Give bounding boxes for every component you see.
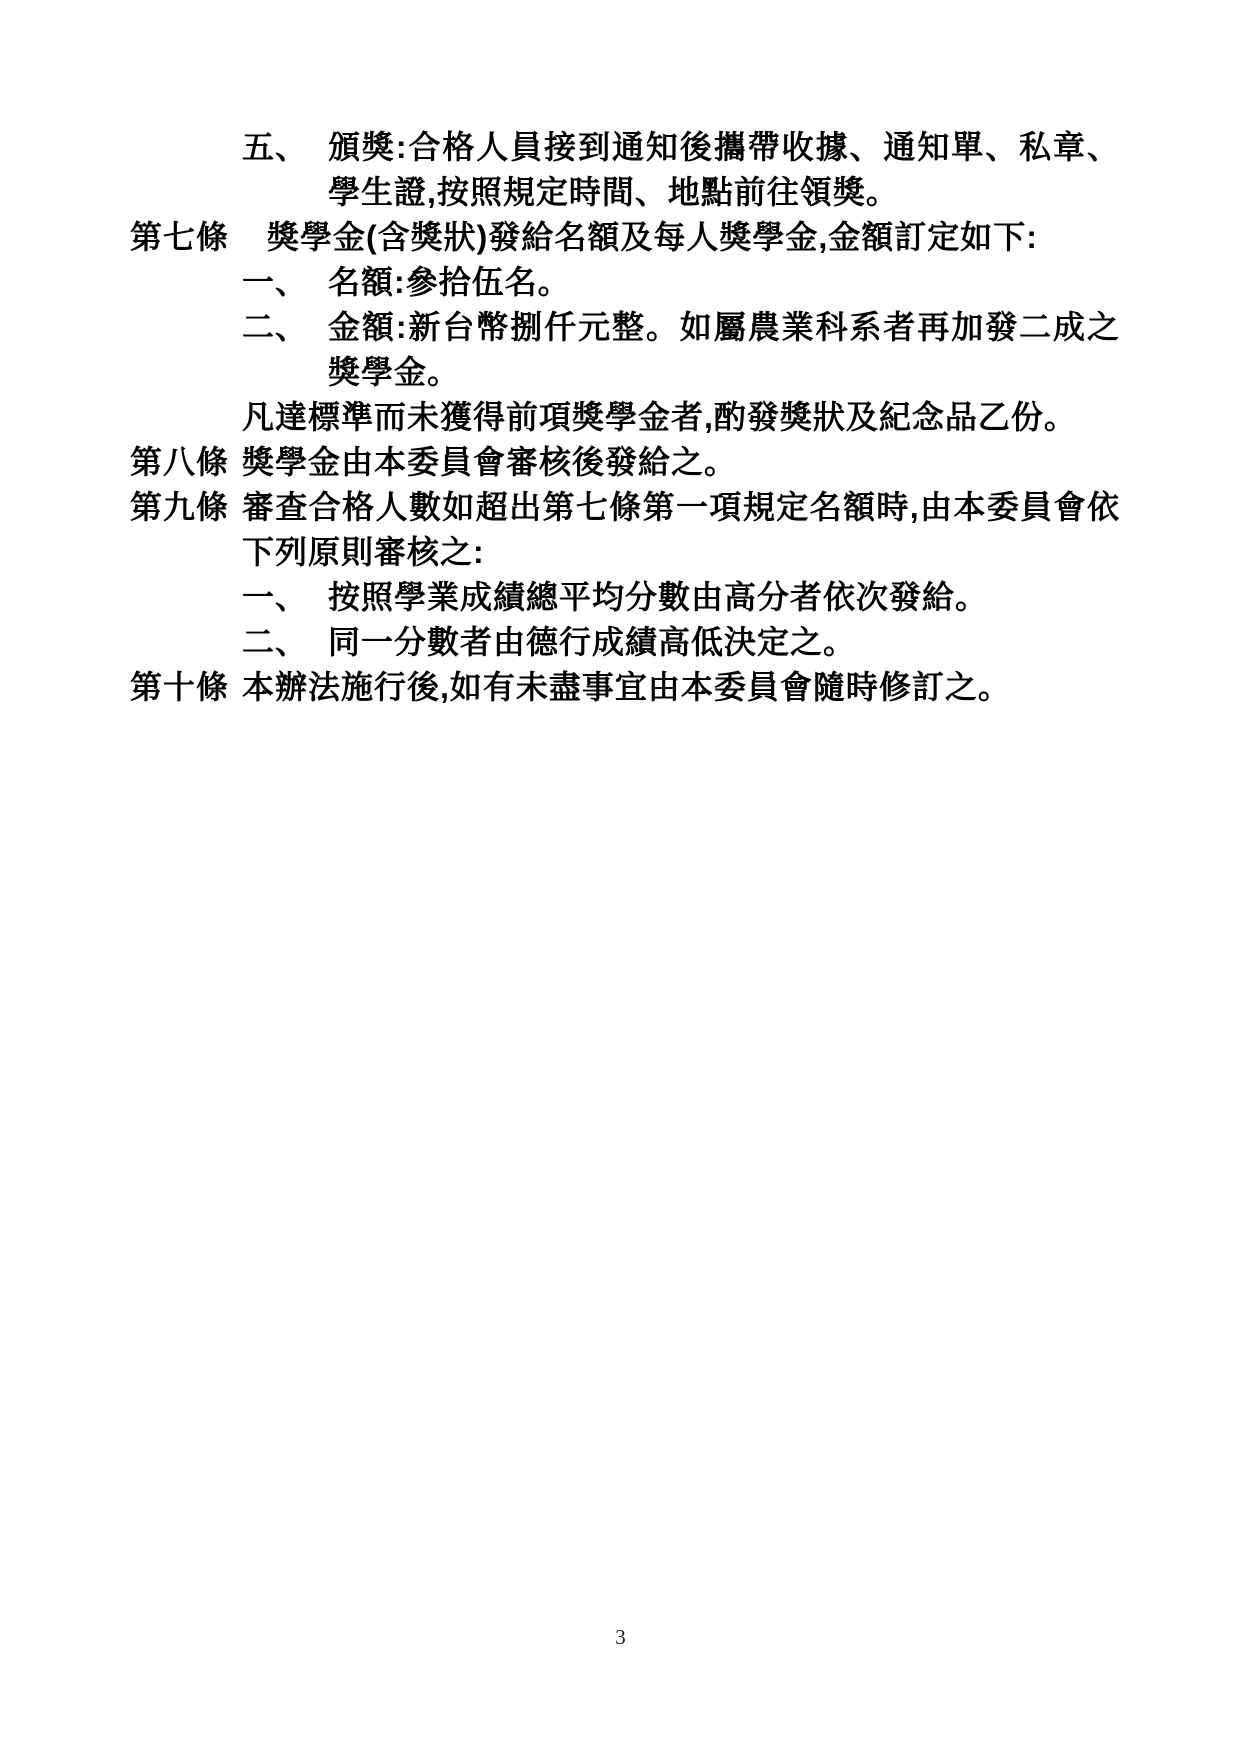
article-9-item-2-marker: 二、 bbox=[242, 620, 328, 665]
article-7-item-2: 二、 金額:新台幣捌仟元整。如屬農業科系者再加發二成之獎學金。 bbox=[242, 305, 1120, 395]
article-9-body: 審查合格人數如超出第七條第一項規定名額時,由本委員會依下列原則審核之: 一、 按… bbox=[242, 485, 1120, 665]
article-7: 第七條 獎學金(含獎狀)發給名額及每人獎學金,金額訂定如下: 一、 名額:參拾伍… bbox=[130, 215, 1120, 440]
article-7-note: 凡達標準而未獲得前項獎學金者,酌發獎狀及紀念品乙份。 bbox=[242, 395, 1120, 440]
article-9-item-2-text: 同一分數者由德行成績高低決定之。 bbox=[328, 620, 1120, 665]
article-10-body: 本辦法施行後,如有未盡事宜由本委員會隨時修訂之。 bbox=[242, 665, 1120, 710]
document-body: 五、 頒獎:合格人員接到通知後攜帶收據、通知單、私章、學生證,按照規定時間、地點… bbox=[130, 125, 1120, 710]
article-9-label: 第九條 bbox=[130, 485, 242, 530]
article-9-item-1: 一、 按照學業成績總平均分數由高分者依次發給。 bbox=[242, 575, 1120, 620]
article-8-intro: 獎學金由本委員會審核後發給之。 bbox=[242, 440, 1120, 485]
article-9-intro: 審查合格人數如超出第七條第一項規定名額時,由本委員會依下列原則審核之: bbox=[242, 485, 1120, 575]
article-7-item-2-text: 金額:新台幣捌仟元整。如屬農業科系者再加發二成之獎學金。 bbox=[328, 305, 1120, 395]
article-7-item-1: 一、 名額:參拾伍名。 bbox=[242, 260, 1120, 305]
article-10: 第十條 本辦法施行後,如有未盡事宜由本委員會隨時修訂之。 bbox=[130, 665, 1120, 710]
article-10-label: 第十條 bbox=[130, 665, 242, 710]
article-9-item-1-marker: 一、 bbox=[242, 575, 328, 620]
page-number: 3 bbox=[615, 1625, 626, 1649]
page-footer: 3 bbox=[0, 1622, 1241, 1652]
article-10-intro: 本辦法施行後,如有未盡事宜由本委員會隨時修訂之。 bbox=[242, 665, 1120, 710]
article-7-item-1-text: 名額:參拾伍名。 bbox=[328, 260, 1120, 305]
article-8-label: 第八條 bbox=[130, 440, 242, 485]
article-8-body: 獎學金由本委員會審核後發給之。 bbox=[242, 440, 1120, 485]
list-item-5: 五、 頒獎:合格人員接到通知後攜帶收據、通知單、私章、學生證,按照規定時間、地點… bbox=[242, 125, 1120, 215]
list-item-5-text: 頒獎:合格人員接到通知後攜帶收據、通知單、私章、學生證,按照規定時間、地點前往領… bbox=[328, 125, 1120, 215]
article-7-body: 獎學金(含獎狀)發給名額及每人獎學金,金額訂定如下: 一、 名額:參拾伍名。 二… bbox=[242, 215, 1120, 440]
document-page: 五、 頒獎:合格人員接到通知後攜帶收據、通知單、私章、學生證,按照規定時間、地點… bbox=[0, 0, 1241, 1756]
article-7-label: 第七條 bbox=[130, 215, 242, 260]
article-7-item-2-marker: 二、 bbox=[242, 305, 328, 350]
article-7-item-1-marker: 一、 bbox=[242, 260, 328, 305]
article-9: 第九條 審查合格人數如超出第七條第一項規定名額時,由本委員會依下列原則審核之: … bbox=[130, 485, 1120, 665]
article-7-intro: 獎學金(含獎狀)發給名額及每人獎學金,金額訂定如下: bbox=[242, 215, 1120, 260]
article-9-item-1-text: 按照學業成績總平均分數由高分者依次發給。 bbox=[328, 575, 1120, 620]
article-8: 第八條 獎學金由本委員會審核後發給之。 bbox=[130, 440, 1120, 485]
article-9-item-2: 二、 同一分數者由德行成績高低決定之。 bbox=[242, 620, 1120, 665]
list-item-5-marker: 五、 bbox=[242, 125, 328, 170]
